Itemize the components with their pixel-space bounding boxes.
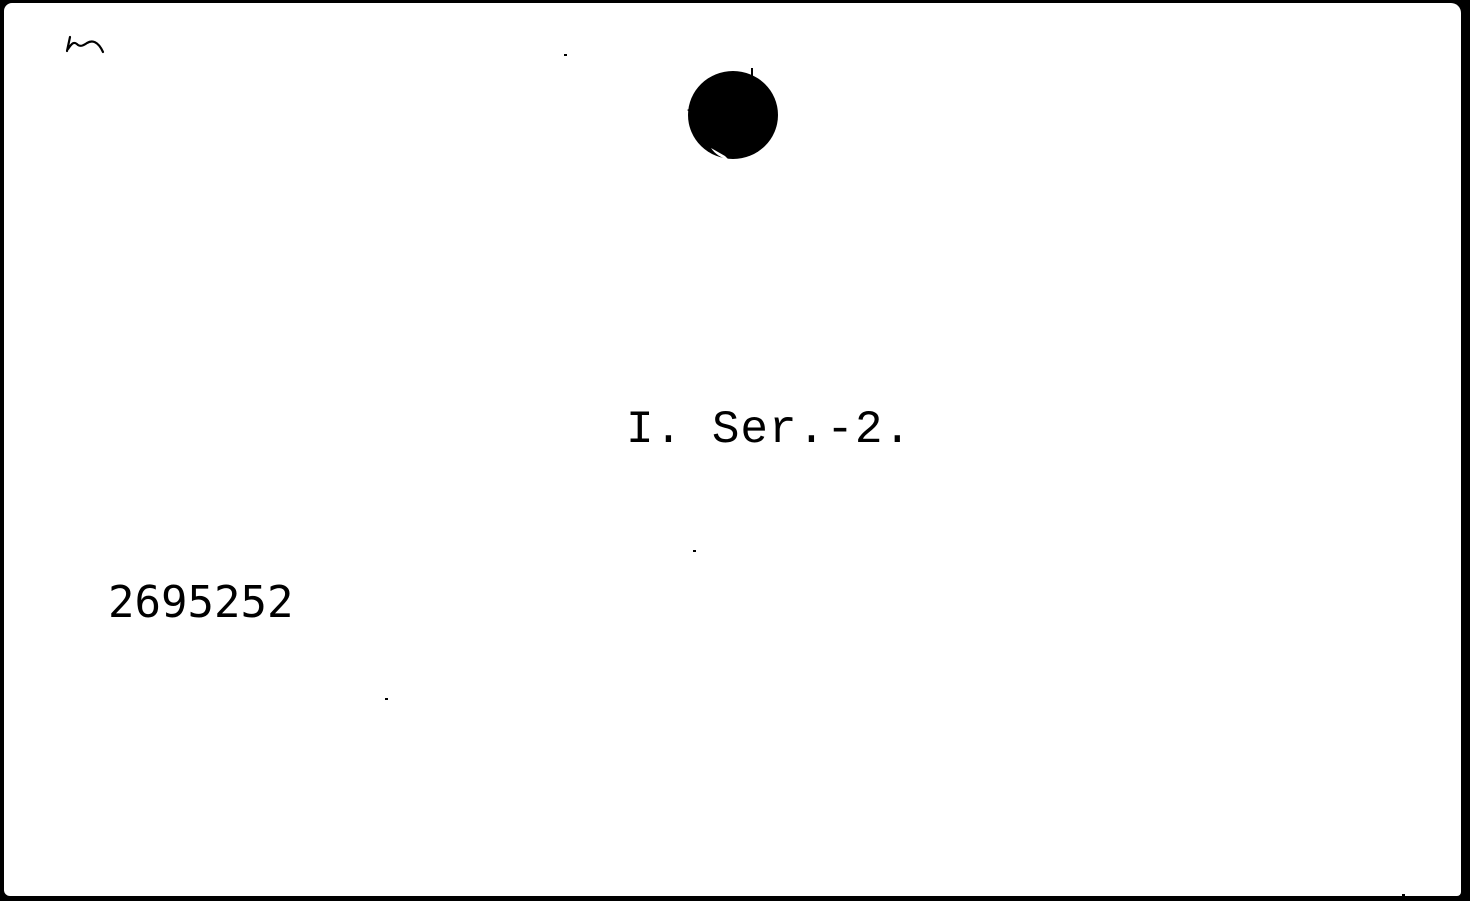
card-number: 2695252 <box>108 581 293 625</box>
ink-speck <box>385 698 388 700</box>
handwritten-initial-mark <box>64 31 106 61</box>
ink-speck <box>564 54 567 56</box>
catalog-heading: I. Ser.-2. <box>626 407 912 453</box>
punch-hole-icon <box>685 68 779 162</box>
ink-speck <box>693 550 696 552</box>
index-card: I. Ser.-2. 2695252 <box>4 3 1461 896</box>
ink-speck <box>1402 894 1405 896</box>
